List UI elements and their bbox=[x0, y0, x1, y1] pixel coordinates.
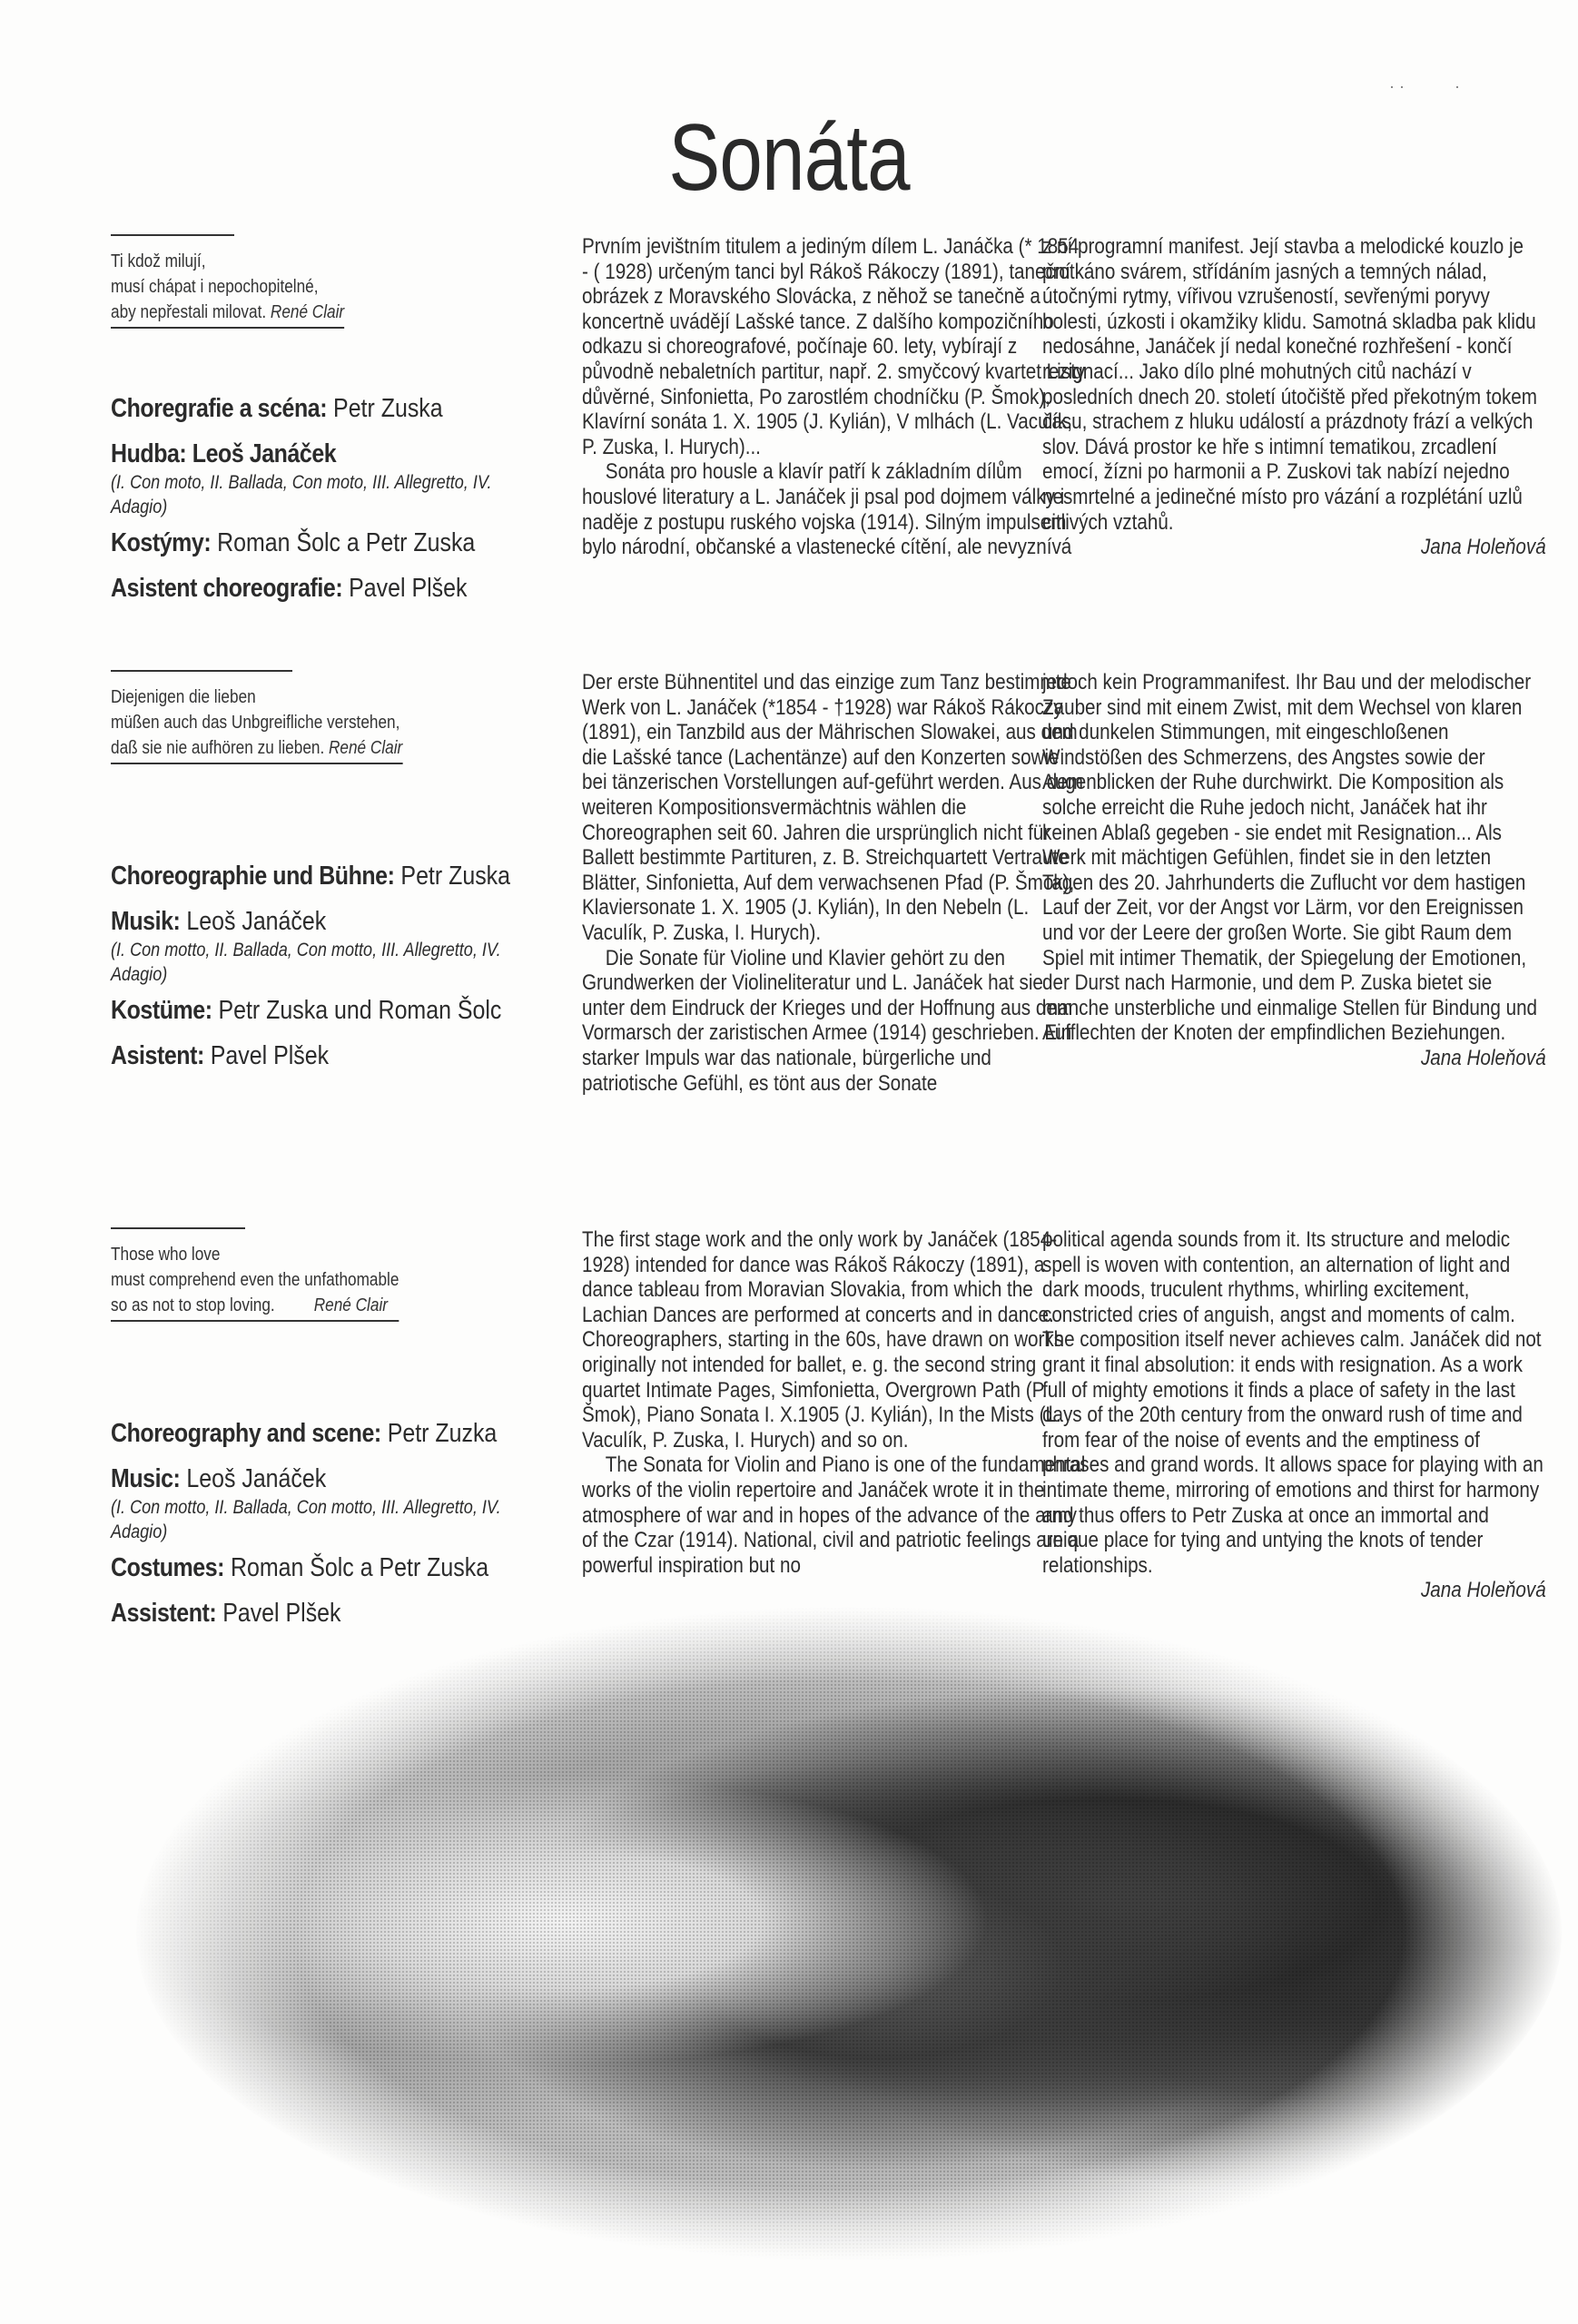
article-text-right: z ní programní manifest. Její stavba a m… bbox=[1042, 234, 1546, 560]
credit-choreography: Choreography and scene: Petr Zuzka bbox=[111, 1417, 478, 1450]
epigraph-quote: Those who love must comprehend even the … bbox=[111, 1242, 399, 1322]
movements-list: (I. Con motto, II. Ballada, Con motto, I… bbox=[111, 1495, 548, 1544]
credits-column: Those who love must comprehend even the … bbox=[111, 1227, 538, 1642]
movements-list: (I. Con motto, II. Ballada, Con motto, I… bbox=[111, 938, 548, 987]
quote-author: René Clair bbox=[271, 302, 344, 322]
paragraph: Die Sonate für Violine und Klavier gehör… bbox=[582, 946, 1086, 1097]
credit-music: Musik: Leoš Janáček(I. Con motto, II. Ba… bbox=[111, 905, 478, 987]
article-text-middle: Prvním jevištním titulem a jediným dílem… bbox=[582, 234, 1086, 560]
epigraph-quote: Diejenigen die lieben müßen auch das Unb… bbox=[111, 684, 402, 764]
article-text-right: jedoch kein Programmanifest. Ihr Bau und… bbox=[1042, 670, 1546, 1071]
paragraph: The Sonata for Violin and Piano is one o… bbox=[582, 1452, 1086, 1578]
paragraph: Prvním jevištním titulem a jediným dílem… bbox=[582, 234, 1086, 459]
quote-top-rule bbox=[111, 670, 292, 672]
credits-list: Choregrafie a scéna: Petr Zuska Hudba: L… bbox=[111, 392, 538, 605]
page-title: Sonáta bbox=[142, 104, 1435, 212]
author-signature: Jana Holeňová bbox=[1042, 535, 1546, 560]
article-text-right: political agenda sounds from it. Its str… bbox=[1042, 1227, 1546, 1603]
paragraph: The first stage work and the only work b… bbox=[582, 1227, 1086, 1452]
paragraph: Sonáta pro housle a klavír patří k zákla… bbox=[582, 459, 1086, 559]
scan-specks: · · · bbox=[1389, 77, 1460, 96]
credit-assistant: Assistent: Pavel Plšek bbox=[111, 1597, 478, 1630]
credit-choreography: Choreographie und Bühne: Petr Zuska bbox=[111, 860, 478, 892]
credit-costumes: Kostüme: Petr Zuska und Roman Šolc bbox=[111, 994, 478, 1027]
quote-top-rule bbox=[111, 1227, 245, 1229]
author-signature: Jana Holeňová bbox=[1042, 1578, 1546, 1603]
dancers-photo bbox=[136, 1607, 1562, 2260]
credit-music: Music: Leoš Janáček(I. Con motto, II. Ba… bbox=[111, 1462, 478, 1544]
author-signature: Jana Holeňová bbox=[1042, 1046, 1546, 1071]
quote-author: René Clair bbox=[314, 1295, 388, 1315]
epigraph-quote: Ti kdož milují, musí chápat i nepochopit… bbox=[111, 249, 344, 329]
paragraph: z ní programní manifest. Její stavba a m… bbox=[1042, 234, 1546, 535]
credit-assistant: Asistent choreografie: Pavel Plšek bbox=[111, 572, 478, 605]
paragraph: jedoch kein Programmanifest. Ihr Bau und… bbox=[1042, 670, 1546, 1046]
credit-costumes: Costumes: Roman Šolc a Petr Zuska bbox=[111, 1551, 478, 1584]
paragraph: political agenda sounds from it. Its str… bbox=[1042, 1227, 1546, 1578]
quote-author: René Clair bbox=[329, 738, 402, 758]
movements-list: (I. Con moto, II. Ballada, Con moto, III… bbox=[111, 470, 548, 519]
credits-column: Diejenigen die lieben müßen auch das Unb… bbox=[111, 670, 538, 1085]
credits-column: Ti kdož milují, musí chápat i nepochopit… bbox=[111, 234, 538, 617]
article-text-middle: Der erste Bühnentitel und das einzige zu… bbox=[582, 670, 1086, 1096]
quote-top-rule bbox=[111, 234, 234, 236]
credits-list: Choreographie und Bühne: Petr Zuska Musi… bbox=[111, 860, 538, 1072]
credit-music: Hudba: Leoš Janáček(I. Con moto, II. Bal… bbox=[111, 438, 478, 519]
credit-assistant: Asistent: Pavel Plšek bbox=[111, 1039, 478, 1072]
credit-choreography: Choregrafie a scéna: Petr Zuska bbox=[111, 392, 478, 425]
article-text-middle: The first stage work and the only work b… bbox=[582, 1227, 1086, 1578]
paragraph: Der erste Bühnentitel und das einzige zu… bbox=[582, 670, 1086, 946]
credit-costumes: Kostýmy: Roman Šolc a Petr Zuska bbox=[111, 527, 478, 559]
credits-list: Choreography and scene: Petr Zuzka Music… bbox=[111, 1417, 538, 1630]
